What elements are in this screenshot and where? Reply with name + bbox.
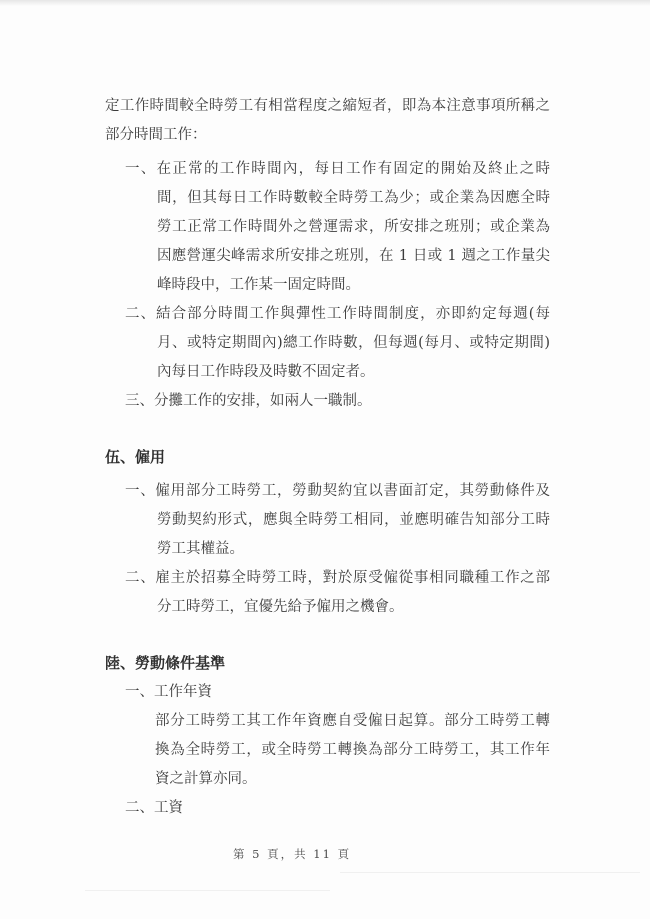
list-item-line: 三、分攤工作的安排，如兩人一職制。 (105, 387, 550, 416)
section-heading: 陸、勞動條件基準 (105, 649, 550, 678)
list-item-line: 一、僱用部分工時勞工，勞動契約宜以書面訂定，其勞動條件及 (105, 477, 550, 506)
doc-line: 峰時段中，工作某一固定時間。 (105, 271, 550, 300)
scan-edge (0, 0, 650, 6)
list-item-line: 二、雇主於招募全時勞工時，對於原受僱從事相同職種工作之部 (105, 564, 550, 593)
doc-line: 間，但其每日工作時數較全時勞工為少；或企業為因應全時 (105, 184, 550, 213)
document-page: 定工作時間較全時勞工有相當程度之縮短者，即為本注意事項所稱之 部分時間工作： 一… (0, 0, 650, 919)
scan-artifact (340, 872, 640, 873)
doc-line: 資之計算亦同。 (105, 765, 550, 794)
doc-line: 換為全時勞工，或全時勞工轉換為部分工時勞工，其工作年 (105, 736, 550, 765)
doc-line: 內每日工作時段及時數不固定者。 (105, 358, 550, 387)
list-item-line: 一、工作年資 (105, 678, 550, 707)
doc-line: 勞工正常工作時間外之營運需求，所安排之班別；或企業為 (105, 213, 550, 242)
doc-line: 部分工時勞工其工作年資應自受僱日起算。部分工時勞工轉 (105, 707, 550, 736)
document-content: 定工作時間較全時勞工有相當程度之縮短者，即為本注意事項所稱之 部分時間工作： 一… (105, 92, 550, 823)
doc-line: 月、或特定期間內)總工作時數，但每週(每月、或特定期間) (105, 329, 550, 358)
scan-artifact (85, 890, 330, 891)
list-item-line: 二、結合部分時間工作與彈性工作時間制度，亦即約定每週(每 (105, 300, 550, 329)
doc-line: 勞工其權益。 (105, 535, 550, 564)
list-item-line: 一、在正常的工作時間內，每日工作有固定的開始及終止之時 (105, 155, 550, 184)
doc-line: 定工作時間較全時勞工有相當程度之縮短者，即為本注意事項所稱之 (105, 92, 550, 121)
list-item-line: 二、工資 (105, 794, 550, 823)
page-number-footer: 第 5 頁，共 11 頁 (233, 846, 351, 862)
doc-line: 勞動契約形式，應與全時勞工相同，並應明確告知部分工時 (105, 506, 550, 535)
doc-line: 分工時勞工，宜優先給予僱用之機會。 (105, 593, 550, 622)
doc-line: 部分時間工作： (105, 121, 550, 150)
doc-line: 因應營運尖峰需求所安排之班別，在 1 日或 1 週之工作量尖 (105, 242, 550, 271)
section-heading: 伍、僱用 (105, 443, 550, 472)
